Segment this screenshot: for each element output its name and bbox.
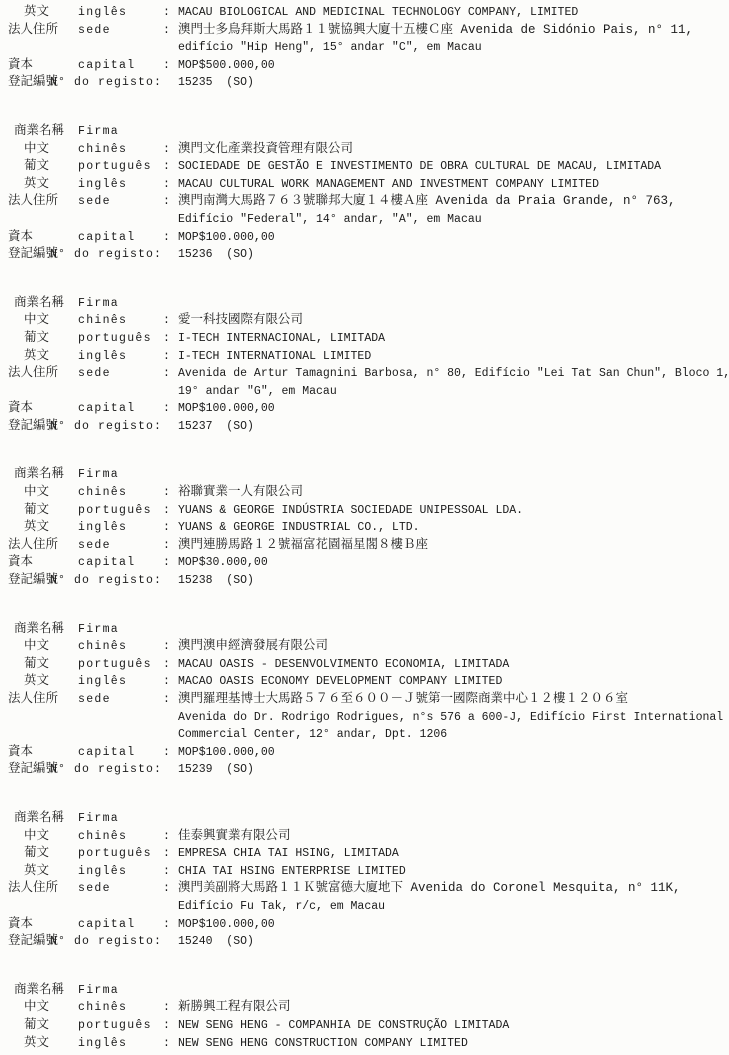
english-name-row: 英文 inglês : CHIA TAI HSING ENTERPRISE LI… [0,863,729,881]
chinese-name-value: 新勝興工程有限公司 [178,999,291,1017]
english-name-value: MACAU BIOLOGICAL AND MEDICINAL TECHNOLOG… [178,4,578,22]
chinese-label-pt: chinês [78,999,127,1017]
colon-separator: : [163,863,170,881]
address-row: 法人住所 sede : 澳門南灣大馬路７６３號聯邦大廈１４樓Ａ座 Avenida… [0,193,729,211]
portuguese-name-value: SOCIEDADE DE GESTÃO E INVESTIMENTO DE OB… [178,158,661,176]
registration-number: 15237 (SO) [178,418,254,436]
portuguese-label-zh: 葡文 [24,330,49,348]
address-value-continuation: edifício "Hip Heng", 15° andar "C", em M… [178,39,482,57]
registration-row: 登記編號 N° do registo: 15238 (SO) [0,572,729,590]
registration-number: 15235 (SO) [178,74,254,92]
portuguese-label-pt: português [78,845,152,863]
capital-label-zh: 資本 [8,400,33,418]
address-label-pt: sede [78,193,111,211]
address-label-pt: sede [78,537,111,555]
firma-label-pt: Firma [78,621,119,639]
firma-row: 商業名稱 Firma [0,621,729,639]
english-label-zh: 英文 [24,348,49,366]
registration-row: 登記編號 N° do registo: 15236 (SO) [0,246,729,264]
english-name-value: YUANS & GEORGE INDUSTRIAL CO., LTD. [178,519,420,537]
chinese-name-row: 中文 chinês : 愛一科技國際有限公司 [0,312,729,330]
colon-separator: : [163,845,170,863]
capital-row: 資本 capital : MOP$100.000,00 [0,229,729,247]
firma-label-pt: Firma [78,466,119,484]
colon-separator: : [163,638,170,656]
company-entry: 英文 inglês : MACAU BIOLOGICAL AND MEDICIN… [0,4,729,92]
registration-row: 登記編號 N° do registo: 15239 (SO) [0,761,729,779]
colon-separator: : [163,656,170,674]
chinese-name-row: 中文 chinês : 裕聯實業一人有限公司 [0,484,729,502]
chinese-label-zh: 中文 [24,999,49,1017]
address-row: 法人住所 sede : 澳門連勝馬路１２號福富花園福星閣８樓Ｂ座 [0,537,729,555]
address-continuation-row: Commercial Center, 12° andar, Dpt. 1206 [0,726,729,744]
firma-label-zh: 商業名稱 [14,810,64,828]
firma-row: 商業名稱 Firma [0,123,729,141]
capital-value: MOP$100.000,00 [178,400,275,418]
firma-label-pt: Firma [78,810,119,828]
capital-row: 資本 capital : MOP$100.000,00 [0,916,729,934]
company-entry: 商業名稱 Firma 中文 chinês : 澳門澳申經濟發展有限公司 葡文 p… [0,621,729,779]
capital-label-pt: capital [78,554,135,572]
scanned-registry-page: 英文 inglês : MACAU BIOLOGICAL AND MEDICIN… [0,0,729,1055]
registration-row: 登記編號 N° do registo: 15240 (SO) [0,933,729,951]
firma-label-zh: 商業名稱 [14,982,64,1000]
english-label-zh: 英文 [24,4,49,22]
chinese-label-pt: chinês [78,312,127,330]
chinese-label-zh: 中文 [24,141,49,159]
capital-label-zh: 資本 [8,57,33,75]
english-label-pt: inglês [78,863,127,881]
registration-row: 登記編號 N° do registo: 15237 (SO) [0,418,729,436]
portuguese-label-zh: 葡文 [24,502,49,520]
portuguese-label-pt: português [78,330,152,348]
firma-label-zh: 商業名稱 [14,621,64,639]
capital-value: MOP$30.000,00 [178,554,268,572]
chinese-label-zh: 中文 [24,484,49,502]
colon-separator: : [163,312,170,330]
english-name-row: 英文 inglês : MACAU CULTURAL WORK MANAGEME… [0,176,729,194]
address-label-pt: sede [78,365,111,383]
english-label-pt: inglês [78,673,127,691]
colon-separator: : [163,1017,170,1035]
colon-separator: : [163,176,170,194]
portuguese-label-pt: português [78,502,152,520]
colon-separator: : [163,1035,170,1053]
colon-separator: : [163,158,170,176]
colon-separator: : [163,999,170,1017]
colon-separator: : [163,519,170,537]
address-row: 法人住所 sede : 澳門羅理基博士大馬路５７６至６００－Ｊ號第一國際商業中心… [0,691,729,709]
registration-label-pt: N° do registo: [50,572,162,590]
company-entry: 商業名稱 Firma 中文 chinês : 新勝興工程有限公司 葡文 port… [0,982,729,1052]
chinese-label-pt: chinês [78,828,127,846]
chinese-label-zh: 中文 [24,312,49,330]
capital-label-pt: capital [78,916,135,934]
colon-separator: : [163,744,170,762]
portuguese-label-zh: 葡文 [24,158,49,176]
colon-separator: : [163,537,170,555]
firma-label-zh: 商業名稱 [14,295,64,313]
portuguese-label-pt: português [78,656,152,674]
address-value: 澳門美副將大馬路１１Ｋ號富德大廈地下 Avenida do Coronel Me… [178,880,681,898]
colon-separator: : [163,828,170,846]
chinese-label-pt: chinês [78,638,127,656]
english-label-pt: inglês [78,348,127,366]
english-label-zh: 英文 [24,1035,49,1053]
firma-label-pt: Firma [78,295,119,313]
colon-separator: : [163,22,170,40]
address-value-continuation: Avenida do Dr. Rodrigo Rodrigues, n°s 57… [178,709,723,727]
address-continuation-row: Edifício Fu Tak, r/c, em Macau [0,898,729,916]
colon-separator: : [163,365,170,383]
colon-separator: : [163,880,170,898]
address-row: 法人住所 sede : Avenida de Artur Tamagnini B… [0,365,729,383]
address-label-zh: 法人住所 [8,880,58,898]
capital-label-zh: 資本 [8,744,33,762]
address-label-zh: 法人住所 [8,22,58,40]
chinese-label-zh: 中文 [24,828,49,846]
portuguese-label-zh: 葡文 [24,1017,49,1035]
capital-label-pt: capital [78,400,135,418]
company-entry: 商業名稱 Firma 中文 chinês : 愛一科技國際有限公司 葡文 por… [0,295,729,436]
english-label-pt: inglês [78,1035,127,1053]
english-name-value: MACAU CULTURAL WORK MANAGEMENT AND INVES… [178,176,599,194]
chinese-label-pt: chinês [78,484,127,502]
company-entry: 商業名稱 Firma 中文 chinês : 澳門文化產業投資管理有限公司 葡文… [0,123,729,264]
registration-label-pt: N° do registo: [50,246,162,264]
colon-separator: : [163,330,170,348]
address-label-zh: 法人住所 [8,193,58,211]
english-label-pt: inglês [78,176,127,194]
portuguese-name-value: I-TECH INTERNACIONAL, LIMITADA [178,330,385,348]
registration-label-pt: N° do registo: [50,933,162,951]
portuguese-name-value: MACAU OASIS - DESENVOLVIMENTO ECONOMIA, … [178,656,509,674]
chinese-label-zh: 中文 [24,638,49,656]
capital-row: 資本 capital : MOP$100.000,00 [0,400,729,418]
chinese-name-value: 裕聯實業一人有限公司 [178,484,303,502]
address-label-pt: sede [78,880,111,898]
colon-separator: : [163,916,170,934]
capital-value: MOP$100.000,00 [178,744,275,762]
address-value-continuation: Edifício Fu Tak, r/c, em Macau [178,898,385,916]
address-row: 法人住所 sede : 澳門士多鳥拜斯大馬路１１號協興大廈十五樓Ｃ座 Aveni… [0,22,729,40]
english-name-value: I-TECH INTERNATIONAL LIMITED [178,348,371,366]
address-row: 法人住所 sede : 澳門美副將大馬路１１Ｋ號富德大廈地下 Avenida d… [0,880,729,898]
company-entry: 商業名稱 Firma 中文 chinês : 裕聯實業一人有限公司 葡文 por… [0,466,729,589]
chinese-name-row: 中文 chinês : 澳門澳申經濟發展有限公司 [0,638,729,656]
capital-value: MOP$100.000,00 [178,916,275,934]
colon-separator: : [163,554,170,572]
registration-row: 登記編號 N° do registo: 15235 (SO) [0,74,729,92]
portuguese-label-zh: 葡文 [24,656,49,674]
chinese-name-row: 中文 chinês : 澳門文化產業投資管理有限公司 [0,141,729,159]
address-label-zh: 法人住所 [8,365,58,383]
firma-label-zh: 商業名稱 [14,123,64,141]
english-name-value: CHIA TAI HSING ENTERPRISE LIMITED [178,863,406,881]
address-label-pt: sede [78,22,111,40]
colon-separator: : [163,484,170,502]
english-name-row: 英文 inglês : I-TECH INTERNATIONAL LIMITED [0,348,729,366]
firma-row: 商業名稱 Firma [0,810,729,828]
address-value: 澳門連勝馬路１２號福富花園福星閣８樓Ｂ座 [178,537,428,555]
registration-label-pt: N° do registo: [50,74,162,92]
capital-row: 資本 capital : MOP$30.000,00 [0,554,729,572]
portuguese-name-row: 葡文 português : NEW SENG HENG - COMPANHIA… [0,1017,729,1035]
chinese-name-row: 中文 chinês : 新勝興工程有限公司 [0,999,729,1017]
firma-label-pt: Firma [78,982,119,1000]
english-label-zh: 英文 [24,863,49,881]
colon-separator: : [163,4,170,22]
address-value: 澳門士多鳥拜斯大馬路１１號協興大廈十五樓Ｃ座 Avenida de Sidóni… [178,22,693,40]
english-label-pt: inglês [78,4,127,22]
firma-row: 商業名稱 Firma [0,466,729,484]
address-value-continuation: Commercial Center, 12° andar, Dpt. 1206 [178,726,447,744]
capital-label-zh: 資本 [8,916,33,934]
address-label-pt: sede [78,691,111,709]
english-name-row: 英文 inglês : YUANS & GEORGE INDUSTRIAL CO… [0,519,729,537]
portuguese-name-row: 葡文 português : SOCIEDADE DE GESTÃO E INV… [0,158,729,176]
capital-label-pt: capital [78,57,135,75]
portuguese-name-value: EMPRESA CHIA TAI HSING, LIMITADA [178,845,399,863]
english-label-pt: inglês [78,519,127,537]
chinese-name-value: 澳門文化產業投資管理有限公司 [178,141,353,159]
english-name-row: 英文 inglês : MACAO OASIS ECONOMY DEVELOPM… [0,673,729,691]
colon-separator: : [163,141,170,159]
english-name-row: 英文 inglês : MACAU BIOLOGICAL AND MEDICIN… [0,4,729,22]
address-label-zh: 法人住所 [8,537,58,555]
firma-label-zh: 商業名稱 [14,466,64,484]
chinese-name-row: 中文 chinês : 佳泰興實業有限公司 [0,828,729,846]
registration-label-pt: N° do registo: [50,418,162,436]
registration-number: 15238 (SO) [178,572,254,590]
address-value: 澳門南灣大馬路７６３號聯邦大廈１４樓Ａ座 Avenida da Praia Gr… [178,193,676,211]
address-continuation-row: Edifício "Federal", 14° andar, "A", em M… [0,211,729,229]
colon-separator: : [163,57,170,75]
english-label-zh: 英文 [24,519,49,537]
english-name-value: NEW SENG HENG CONSTRUCTION COMPANY LIMIT… [178,1035,468,1053]
registration-label-pt: N° do registo: [50,761,162,779]
registration-number: 15239 (SO) [178,761,254,779]
address-value: 澳門羅理基博士大馬路５７６至６００－Ｊ號第一國際商業中心１２樓１２０６室 [178,691,628,709]
chinese-name-value: 佳泰興實業有限公司 [178,828,291,846]
colon-separator: : [163,229,170,247]
portuguese-name-row: 葡文 português : EMPRESA CHIA TAI HSING, L… [0,845,729,863]
registration-number: 15240 (SO) [178,933,254,951]
portuguese-label-pt: português [78,158,152,176]
english-name-row: 英文 inglês : NEW SENG HENG CONSTRUCTION C… [0,1035,729,1053]
registration-number: 15236 (SO) [178,246,254,264]
portuguese-name-value: NEW SENG HENG - COMPANHIA DE CONSTRUÇÃO … [178,1017,509,1035]
company-entry: 商業名稱 Firma 中文 chinês : 佳泰興實業有限公司 葡文 port… [0,810,729,951]
capital-label-zh: 資本 [8,229,33,247]
portuguese-name-value: YUANS & GEORGE INDÚSTRIA SOCIEDADE UNIPE… [178,502,523,520]
address-label-zh: 法人住所 [8,691,58,709]
colon-separator: : [163,193,170,211]
capital-value: MOP$100.000,00 [178,229,275,247]
firma-row: 商業名稱 Firma [0,295,729,313]
chinese-name-value: 愛一科技國際有限公司 [178,312,303,330]
colon-separator: : [163,348,170,366]
capital-label-pt: capital [78,744,135,762]
portuguese-name-row: 葡文 português : YUANS & GEORGE INDÚSTRIA … [0,502,729,520]
address-value-continuation: Edifício "Federal", 14° andar, "A", em M… [178,211,482,229]
english-name-value: MACAO OASIS ECONOMY DEVELOPMENT COMPANY … [178,673,502,691]
capital-label-pt: capital [78,229,135,247]
address-continuation-row: edifício "Hip Heng", 15° andar "C", em M… [0,39,729,57]
chinese-name-value: 澳門澳申經濟發展有限公司 [178,638,328,656]
address-value: Avenida de Artur Tamagnini Barbosa, n° 8… [178,365,729,383]
colon-separator: : [163,502,170,520]
firma-label-pt: Firma [78,123,119,141]
capital-label-zh: 資本 [8,554,33,572]
firma-row: 商業名稱 Firma [0,982,729,1000]
english-label-zh: 英文 [24,176,49,194]
portuguese-label-pt: português [78,1017,152,1035]
chinese-label-pt: chinês [78,141,127,159]
capital-value: MOP$500.000,00 [178,57,275,75]
address-continuation-row: Avenida do Dr. Rodrigo Rodrigues, n°s 57… [0,709,729,727]
capital-row: 資本 capital : MOP$500.000,00 [0,57,729,75]
portuguese-name-row: 葡文 português : I-TECH INTERNACIONAL, LIM… [0,330,729,348]
colon-separator: : [163,673,170,691]
address-continuation-row: 19° andar "G", em Macau [0,383,729,401]
portuguese-label-zh: 葡文 [24,845,49,863]
colon-separator: : [163,691,170,709]
address-value-continuation: 19° andar "G", em Macau [178,383,337,401]
capital-row: 資本 capital : MOP$100.000,00 [0,744,729,762]
english-label-zh: 英文 [24,673,49,691]
colon-separator: : [163,400,170,418]
portuguese-name-row: 葡文 português : MACAU OASIS - DESENVOLVIM… [0,656,729,674]
